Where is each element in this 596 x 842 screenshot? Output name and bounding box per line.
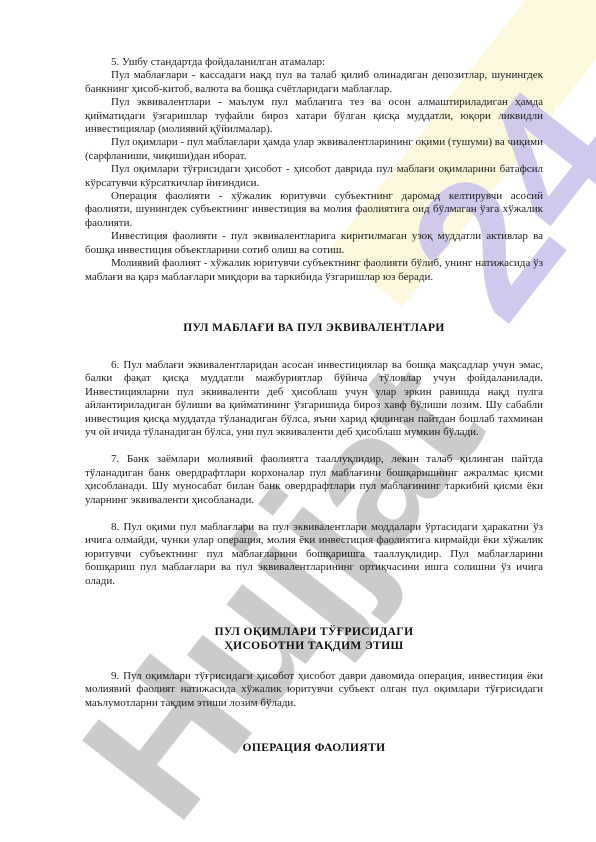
- paragraph-6: 6. Пул маблағи эквивалентларидан асосан …: [85, 359, 543, 439]
- paragraph-financial-activity-definition: Молиявий фаолият - хўжалик юритувчи субъ…: [85, 257, 543, 284]
- paragraph-8: 8. Пул оқими пул маблағлари ва пул эквив…: [85, 521, 543, 588]
- paragraph-7: 7. Банк заёмлари молиявий фаолиятга таал…: [85, 453, 543, 507]
- paragraph-money-definition: Пул маблағлари - кассадаги нақд пул ва т…: [85, 69, 543, 96]
- heading-cashflow-report: ПУЛ ОҚИМЛАРИ ТЎҒРИСИДАГИ ҲИСОБОТНИ ТАҚДИ…: [85, 625, 543, 653]
- paragraph-equivalents-definition: Пул эквивалентлари - маълум пул маблағиг…: [85, 96, 543, 136]
- paragraph-investing-activity-definition: Инвестиция фаолияти - пул эквивалентлари…: [85, 230, 543, 257]
- paragraph-cashflows-definition: Пул оқимлари - пул маблағлари ҳамда улар…: [85, 136, 543, 163]
- paragraph-terms-intro: 5. Ушбу стандартда фойдаланилган атамала…: [85, 56, 543, 69]
- heading-cashflow-report-line2: ҲИСОБОТНИ ТАҚДИМ ЭТИШ: [224, 640, 403, 652]
- heading-cash-and-equivalents: ПУЛ МАБЛАҒИ ВА ПУЛ ЭКВИВАЛЕНТЛАРИ: [85, 321, 543, 335]
- document-page: Hujjat 24 5. Ушбу стандартда фойдаланилг…: [0, 0, 596, 842]
- heading-operating-activity: ОПЕРАЦИЯ ФАОЛИЯТИ: [85, 741, 543, 755]
- paragraph-operating-activity-definition: Операция фаолияти - хўжалик юритувчи суб…: [85, 190, 543, 230]
- document-content: 5. Ушбу стандартда фойдаланилган атамала…: [85, 56, 543, 755]
- heading-cashflow-report-line1: ПУЛ ОҚИМЛАРИ ТЎҒРИСИДАГИ: [215, 626, 414, 638]
- paragraph-9: 9. Пул оқимлари тўғрисидаги ҳисобот ҳисо…: [85, 670, 543, 710]
- paragraph-cashflow-report-definition: Пул оқимлари тўғрисидаги ҳисобот - ҳисоб…: [85, 163, 543, 190]
